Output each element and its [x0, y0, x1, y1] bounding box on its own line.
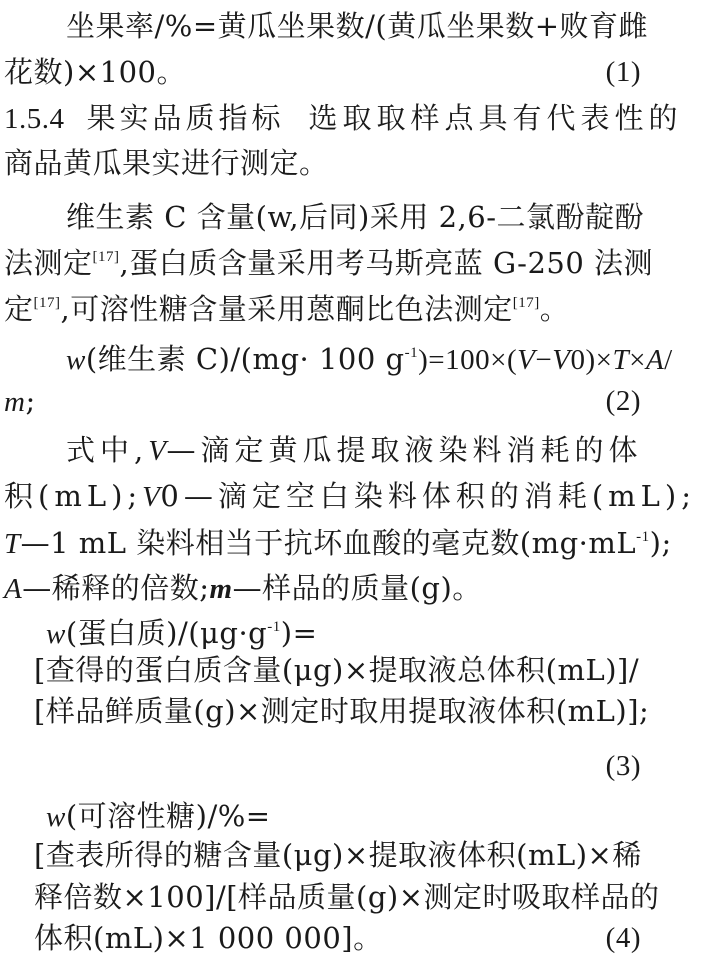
methods-text: 定 — [4, 292, 34, 326]
section-title: 果实品质指标 — [87, 101, 285, 135]
var-m: m — [210, 573, 233, 605]
sugar-formula-line2: [查表所得的糖含量(μg)×提取液体积(mL)×稀 — [34, 835, 689, 875]
formula-text: 释倍数×100]/[样品质量(g)×测定时吸取样品的 — [34, 880, 660, 914]
citation-ref: [17] — [513, 295, 540, 311]
formula-text: )=100×( — [418, 344, 517, 376]
where-text: —样品的质量(g)。 — [233, 571, 482, 605]
where-text: —稀释的倍数; — [22, 571, 209, 605]
var-w: w — [46, 618, 66, 650]
sugar-formula-line4: 体积(mL)×1 000 000]。 (4) — [34, 918, 689, 958]
section-number: 1.5.4 — [4, 103, 65, 135]
formula-text: [样品鲜质量(g)×测定时取用提取液体积(mL)]; — [34, 694, 649, 728]
superscript: -1 — [267, 619, 281, 635]
var-T: T — [612, 344, 629, 376]
fruit-set-formula-text-cont: 花数)×100。 — [4, 55, 186, 89]
fruit-set-formula-text: 坐果率/%=黄瓜坐果数/(黄瓜坐果数+败育雌 — [66, 9, 648, 43]
formula-text: 0)× — [570, 344, 612, 376]
formula-text: (蛋白质)/(μg·g — [66, 616, 267, 650]
var-V0: V — [142, 481, 160, 513]
formula-text: × — [629, 344, 646, 376]
methods-text: ,可溶性糖含量采用蒽酮比色法测定 — [61, 292, 513, 326]
section-text: 选取取样点具有代表性的 — [309, 101, 683, 135]
formula-text: ; — [25, 384, 35, 418]
formula-text: / — [664, 344, 673, 376]
formula-text: [查得的蛋白质含量(μg)×提取液总体积(mL)]/ — [34, 653, 639, 687]
formula-text: (维生素 C)/(mg· 100 g — [86, 342, 405, 376]
methods-line2: 法测定[17],蛋白质含量采用考马斯亮蓝 G-250 法测 — [4, 243, 689, 283]
where-text: —滴定黄瓜提取液染料消耗的体 — [166, 433, 642, 467]
sugar-formula-lhs: w(可溶性糖)/%= — [46, 796, 689, 836]
equation-number-4: (4) — [606, 918, 641, 958]
var-A: A — [4, 573, 22, 605]
section-text-cont: 商品黄瓜果实进行测定。 — [4, 146, 329, 180]
var-A: A — [646, 344, 664, 376]
where-text: 式中, — [66, 433, 148, 467]
fruit-set-formula-line2: 花数)×100。 (1) — [4, 52, 689, 92]
var-T: T — [4, 528, 21, 560]
where-line2: 积(mL);V0—滴定空白染料体积的消耗(mL); — [4, 476, 689, 516]
citation-ref: [17] — [93, 249, 120, 265]
formula-text: )= — [281, 616, 318, 650]
equation-number-3: (3) — [606, 746, 641, 786]
protein-formula-lhs: w(蛋白质)/(μg·g-1)= — [46, 613, 689, 653]
where-text: 0—滴定空白染料体积的消耗(mL); — [160, 479, 696, 513]
var-m: m — [4, 386, 25, 418]
equation-number-2: (2) — [606, 381, 641, 421]
var-w: w — [46, 801, 66, 833]
section-heading-line: 1.5.4果实品质指标选取取样点具有代表性的 — [4, 98, 689, 138]
var-V0: V — [552, 344, 570, 376]
section-text-line2: 商品黄瓜果实进行测定。 — [4, 143, 689, 183]
superscript: -1 — [636, 529, 650, 545]
protein-formula-eqno-line: (3) — [4, 746, 689, 786]
methods-line3: 定[17],可溶性糖含量采用蒽酮比色法测定[17]。 — [4, 289, 689, 329]
where-line3: T—1 mL 染料相当于抗坏血酸的毫克数(mg·mL-1); — [4, 523, 689, 563]
citation-ref: [17] — [34, 295, 61, 311]
where-text: 积(mL); — [4, 479, 142, 513]
protein-formula-line2: [查得的蛋白质含量(μg)×提取液总体积(mL)]/ — [34, 650, 689, 690]
superscript: -1 — [405, 345, 419, 361]
protein-formula-line3: [样品鲜质量(g)×测定时取用提取液体积(mL)]; — [34, 691, 689, 731]
fruit-set-formula-line1: 坐果率/%=黄瓜坐果数/(黄瓜坐果数+败育雌 — [66, 6, 689, 46]
where-line1: 式中,V—滴定黄瓜提取液染料消耗的体 — [66, 430, 689, 470]
vitc-formula-line1: w(维生素 C)/(mg· 100 g-1)=100×(V−V0)×T×A/ — [66, 339, 689, 379]
formula-text: 体积(mL)×1 000 000]。 — [34, 921, 383, 955]
equation-number-1: (1) — [606, 52, 641, 92]
formula-text: − — [535, 344, 552, 376]
var-w: w — [66, 344, 86, 376]
formula-text: [查表所得的糖含量(μg)×提取液体积(mL)×稀 — [34, 838, 642, 872]
methods-text: 。 — [540, 292, 570, 326]
methods-text: 法测定 — [4, 246, 93, 280]
var-V: V — [517, 344, 535, 376]
methods-line1: 维生素 C 含量(w,后同)采用 2,6-二氯酚靛酚 — [66, 197, 689, 237]
methods-text: ,蛋白质含量采用考马斯亮蓝 G-250 法测 — [120, 246, 654, 280]
where-text: ); — [650, 526, 672, 560]
sugar-formula-line3: 释倍数×100]/[样品质量(g)×测定时吸取样品的 — [34, 877, 689, 917]
var-V: V — [148, 435, 166, 467]
where-line4: A—稀释的倍数;m—样品的质量(g)。 — [4, 568, 689, 608]
methods-text: 维生素 C 含量(w,后同)采用 2,6-二氯酚靛酚 — [66, 200, 644, 234]
formula-text: (可溶性糖)/%= — [66, 799, 271, 833]
vitc-formula-line2: m; (2) — [4, 381, 689, 421]
where-text: —1 mL 染料相当于抗坏血酸的毫克数(mg·mL — [21, 526, 637, 560]
document-page: 坐果率/%=黄瓜坐果数/(黄瓜坐果数+败育雌 花数)×100。 (1) 1.5.… — [0, 0, 703, 979]
